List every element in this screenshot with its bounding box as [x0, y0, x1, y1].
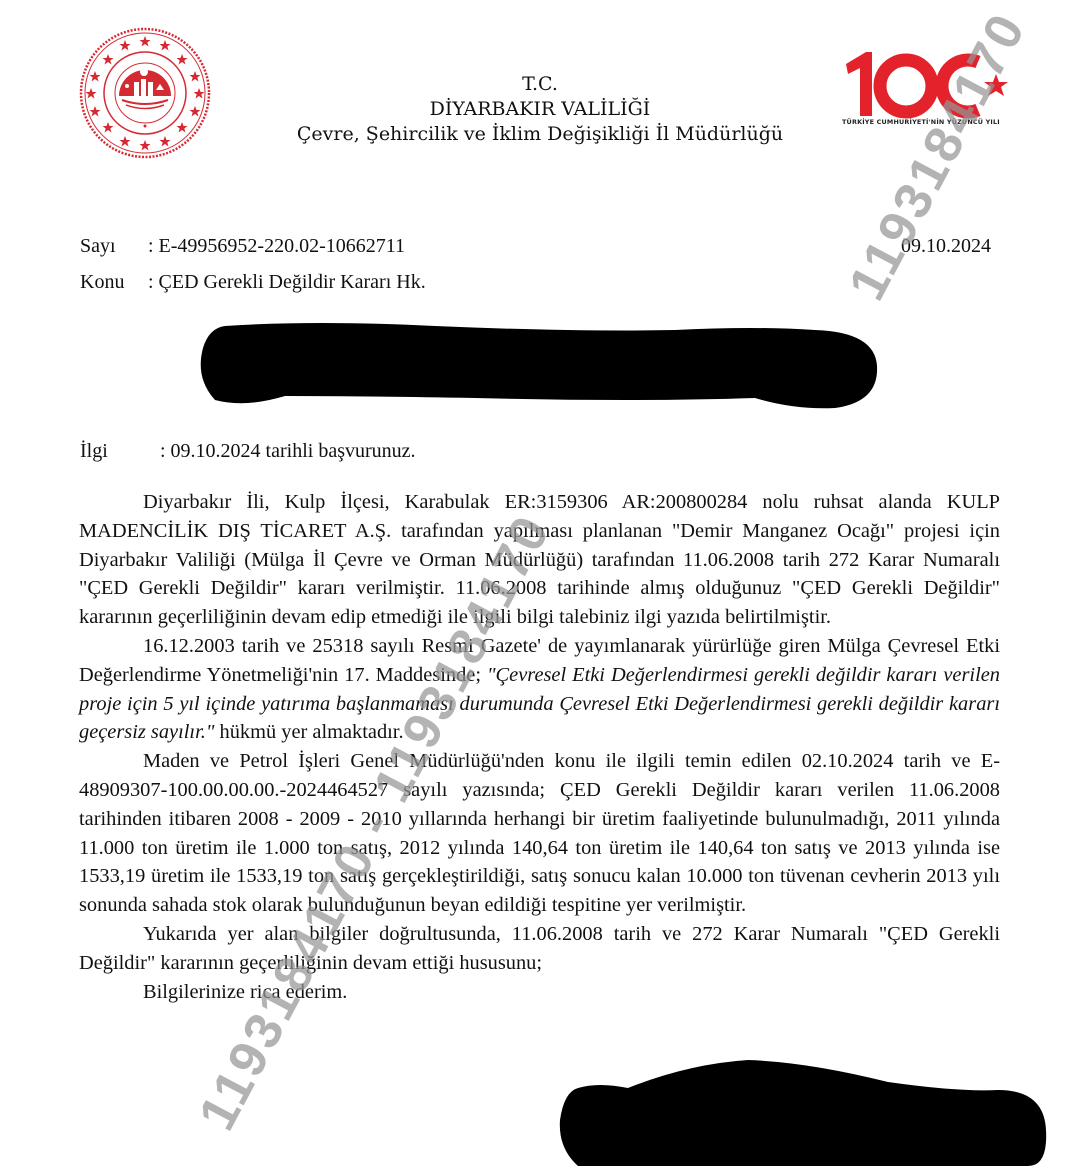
sayi-label: Sayı — [80, 235, 116, 258]
recipient-redaction — [195, 318, 885, 412]
paragraph-3: Maden ve Petrol İşleri Genel Müdürlüğü'n… — [79, 747, 1000, 920]
ilgi-label: İlgi — [80, 440, 108, 463]
header-directorate: Çevre, Şehircilik ve İklim Değişikliği İ… — [250, 122, 830, 147]
ilgi-value: : 09.10.2024 tarihli başvurunuz. — [160, 440, 416, 463]
paragraph-2-end: hükmü yer almaktadır. — [214, 721, 403, 743]
letterhead: T.C. DİYARBAKIR VALİLİĞİ Çevre, Şehircil… — [250, 72, 830, 147]
letter-body: Diyarbakır İli, Kulp İlçesi, Karabulak E… — [79, 488, 1000, 1006]
konu-label: Konu — [80, 271, 124, 294]
sayi-value: : E-49956952-220.02-10662711 — [148, 235, 405, 258]
paragraph-2: 16.12.2003 tarih ve 25318 sayılı Resmi G… — [79, 632, 1000, 747]
konu-value: : ÇED Gerekli Değildir Kararı Hk. — [148, 271, 426, 294]
signature-redaction — [558, 1058, 1048, 1166]
closing-line: Bilgilerinize rica ederim. — [79, 978, 1000, 1007]
paragraph-4: Yukarıda yer alan bilgiler doğrultusunda… — [79, 920, 1000, 978]
document-date: 09.10.2024 — [901, 235, 991, 258]
header-tc: T.C. — [250, 72, 830, 97]
ministry-seal-logo — [78, 26, 212, 160]
logo100-caption: TÜRKİYE CUMHURİYETİ'NİN YÜZÜNCÜ YILI — [842, 118, 1042, 126]
paragraph-1: Diyarbakır İli, Kulp İlçesi, Karabulak E… — [79, 488, 1000, 632]
header-governorship: DİYARBAKIR VALİLİĞİ — [250, 97, 830, 122]
